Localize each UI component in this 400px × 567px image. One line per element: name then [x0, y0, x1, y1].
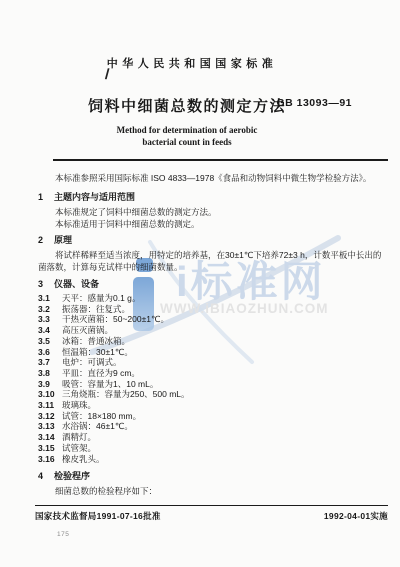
standard-number: GB 13093—91	[276, 97, 352, 109]
section-1-number: 1	[38, 192, 48, 203]
equipment-item-number: 3.16	[38, 454, 57, 465]
section-2-paragraph: 将试样稀释至适当浓度，用特定的培养基，在30±1℃下培养72±3 h，计数平板中…	[38, 249, 388, 273]
section-4-number: 4	[38, 471, 48, 482]
section-2-title: 原理	[54, 235, 72, 245]
equipment-item-text: 试管：18×180 mm。	[62, 411, 141, 421]
equipment-item: 3.12试管：18×180 mm。	[38, 411, 388, 422]
equipment-item-number: 3.12	[38, 411, 57, 422]
equipment-item: 3.16橡皮乳头。	[38, 454, 388, 465]
footer-rule	[35, 505, 388, 506]
document-body: 本标准参照采用国际标准 ISO 4833—1978《食品和动物饲料中微生物学检验…	[0, 172, 400, 497]
equipment-item-number: 3.4	[38, 325, 57, 336]
section-3-title: 仪器、设备	[54, 279, 99, 289]
section-4-paragraph: 细菌总数的检验程序如下：	[38, 485, 388, 497]
equipment-item-text: 冰箱：普通冰箱。	[62, 336, 130, 346]
equipment-item-number: 3.10	[38, 389, 57, 400]
english-title-line1: Method for determination of aerobic	[0, 125, 400, 135]
section-3-heading: 3仪器、设备	[38, 279, 388, 290]
equipment-item-number: 3.15	[38, 443, 57, 454]
section-1-para-1: 本标准规定了饲料中细菌总数的测定方法。	[38, 206, 388, 218]
equipment-item: 3.5冰箱：普通冰箱。	[38, 336, 388, 347]
equipment-item-number: 3.2	[38, 304, 57, 315]
section-3-number: 3	[38, 279, 48, 290]
equipment-item-text: 恒温箱：30±1℃。	[62, 347, 133, 357]
preface-paragraph: 本标准参照采用国际标准 ISO 4833—1978《食品和动物饲料中微生物学检验…	[38, 172, 388, 184]
equipment-item-number: 3.5	[38, 336, 57, 347]
equipment-item-number: 3.3	[38, 314, 57, 325]
equipment-item: 3.13水浴锅：46±1℃。	[38, 421, 388, 432]
scanned-standard-page: i标准网 WWW.iBIAOZHUN.COM 中华人民共和国国家标准 / 饲料中…	[0, 0, 400, 567]
section-1-heading: 1主题内容与适用范围	[38, 192, 388, 203]
equipment-item-number: 3.7	[38, 357, 57, 368]
section-4-heading: 4检验程序	[38, 471, 388, 482]
equipment-item-number: 3.6	[38, 347, 57, 358]
equipment-item-text: 平皿：直径为9 cm。	[62, 368, 140, 378]
equipment-list: 3.1天平：感量为0.1 g。 3.2振荡器：往复式。 3.3干热灭菌箱：50~…	[38, 293, 388, 464]
equipment-item-text: 干热灭菌箱：50~200±1℃。	[62, 314, 169, 324]
equipment-item: 3.11玻璃珠。	[38, 400, 388, 411]
equipment-item-text: 玻璃珠。	[62, 400, 96, 410]
pen-mark: /	[104, 66, 109, 83]
equipment-item: 3.8平皿：直径为9 cm。	[38, 368, 388, 379]
equipment-item: 3.1天平：感量为0.1 g。	[38, 293, 388, 304]
equipment-item: 3.14酒精灯。	[38, 432, 388, 443]
implementation-text: 1992-04-01实施	[324, 510, 388, 522]
standard-org-line: 中华人民共和国国家标准	[0, 0, 400, 71]
title-row: 饲料中细菌总数的测定方法 GB 13093—91	[0, 95, 400, 111]
section-2-number: 2	[38, 235, 48, 246]
equipment-item-text: 试管架。	[62, 443, 96, 453]
section-2-heading: 2原理	[38, 235, 388, 246]
equipment-item-text: 天平：感量为0.1 g。	[62, 293, 140, 303]
equipment-item-number: 3.8	[38, 368, 57, 379]
section-1-para-2: 本标准适用于饲料中细菌总数的测定。	[38, 218, 388, 230]
equipment-item-number: 3.13	[38, 421, 57, 432]
equipment-item: 3.6恒温箱：30±1℃。	[38, 347, 388, 358]
equipment-item-text: 橡皮乳头。	[62, 454, 105, 464]
equipment-item: 3.3干热灭菌箱：50~200±1℃。	[38, 314, 388, 325]
section-4-title: 检验程序	[54, 471, 90, 481]
equipment-item-number: 3.14	[38, 432, 57, 443]
page-number: 175	[57, 531, 69, 538]
english-title-line2: bacterial count in feeds	[0, 137, 400, 147]
equipment-item: 3.7电炉：可调式。	[38, 357, 388, 368]
header-rule	[53, 159, 388, 161]
equipment-item-text: 吸管：容量为1、10 mL。	[62, 379, 158, 389]
equipment-item: 3.10三角烧瓶：容量为250、500 mL。	[38, 389, 388, 400]
equipment-item: 3.4高压灭菌锅。	[38, 325, 388, 336]
equipment-item-number: 3.9	[38, 379, 57, 390]
footer: 国家技术监督局1991-07-16批准 1992-04-01实施	[35, 505, 388, 522]
equipment-item-text: 高压灭菌锅。	[62, 325, 113, 335]
equipment-item-text: 振荡器：往复式。	[62, 304, 130, 314]
section-1-title: 主题内容与适用范围	[54, 192, 135, 202]
equipment-item-text: 电炉：可调式。	[62, 357, 122, 367]
equipment-item: 3.2振荡器：往复式。	[38, 304, 388, 315]
approval-text: 国家技术监督局1991-07-16批准	[35, 510, 161, 522]
equipment-item-text: 三角烧瓶：容量为250、500 mL。	[62, 389, 190, 399]
equipment-item-text: 酒精灯。	[62, 432, 96, 442]
equipment-item-number: 3.11	[38, 400, 57, 411]
equipment-item-text: 水浴锅：46±1℃。	[62, 421, 133, 431]
equipment-item-number: 3.1	[38, 293, 57, 304]
equipment-item: 3.9吸管：容量为1、10 mL。	[38, 379, 388, 390]
equipment-item: 3.15试管架。	[38, 443, 388, 454]
